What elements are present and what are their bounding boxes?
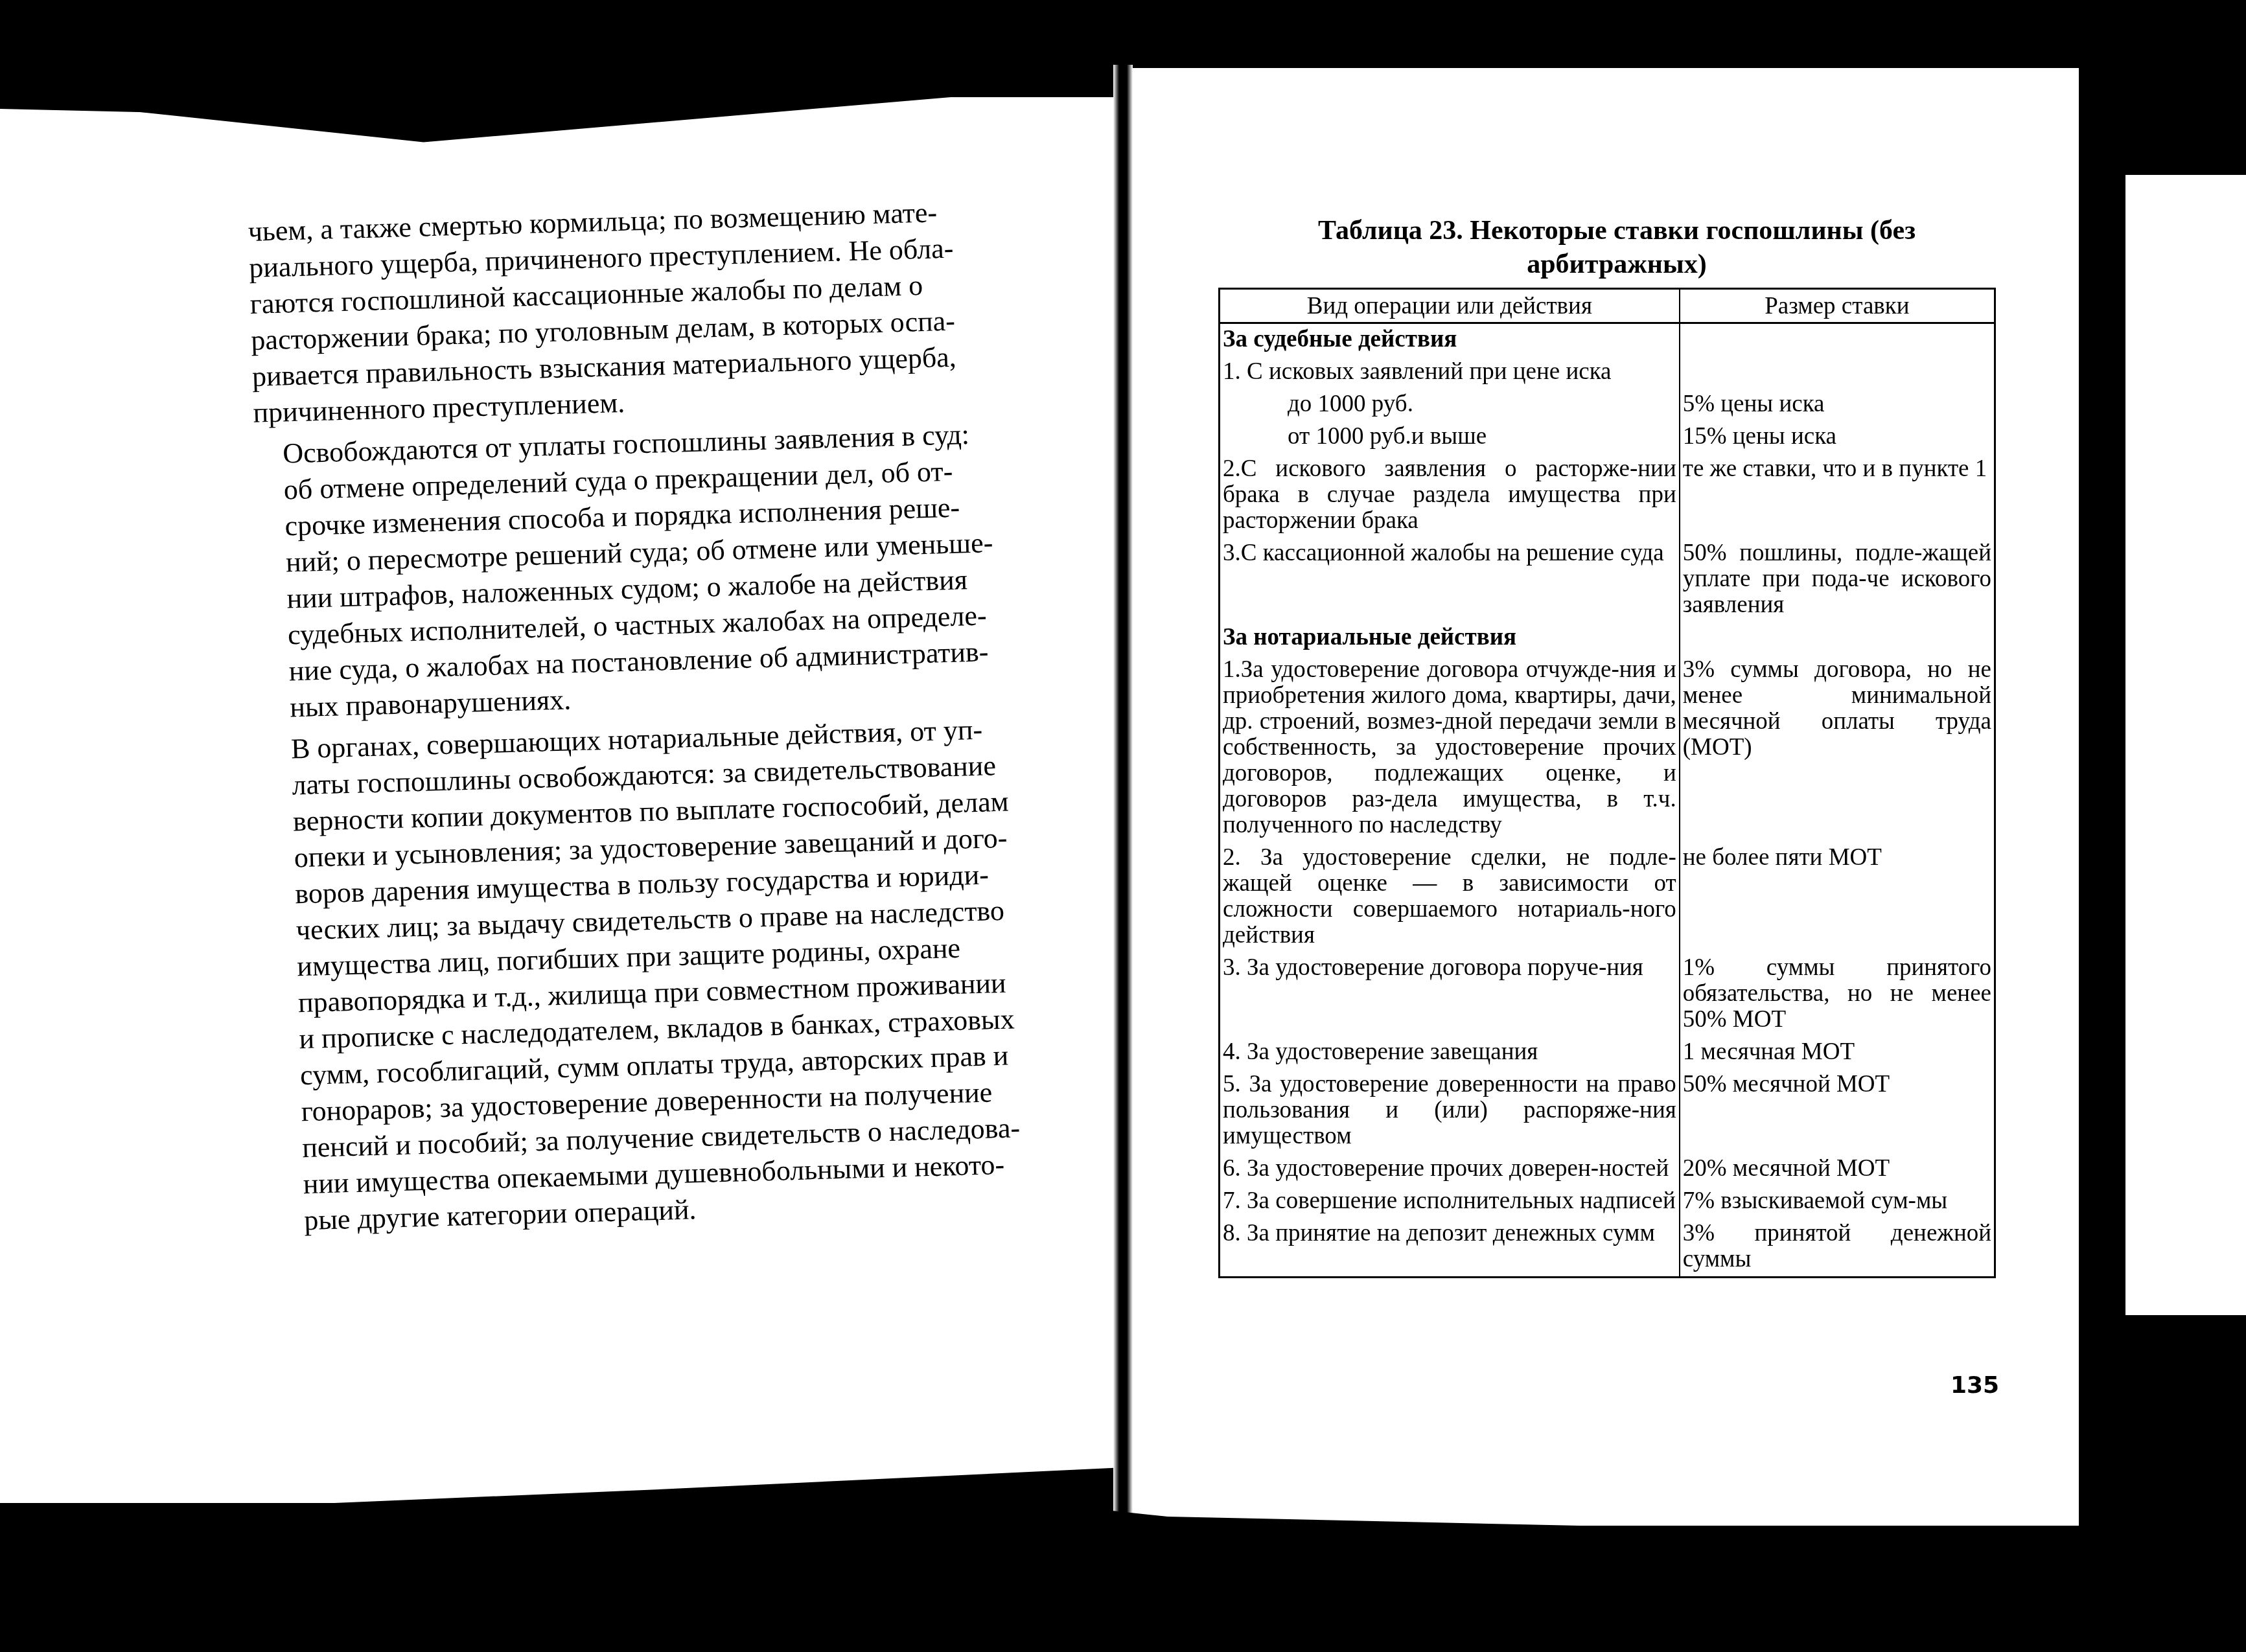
rate-cell: те же ставки, что и в пункте 1 bbox=[1680, 453, 1995, 538]
table-row: 1. С исковых заявлений при цене иска bbox=[1220, 356, 1995, 389]
operation-cell: 5. За удостоверение доверенности на прав… bbox=[1220, 1069, 1680, 1153]
table-row: от 1000 руб.и выше15% цены иска bbox=[1220, 421, 1995, 453]
table-row: 3. За удостоверение договора поруче-ния1… bbox=[1220, 952, 1995, 1037]
left-page-text: чьем, а также смертью кормильца; по возм… bbox=[248, 192, 1067, 1245]
book-spine bbox=[1113, 65, 1133, 1574]
table-row: 3.С кассационной жалобы на решение суда5… bbox=[1220, 538, 1995, 622]
table-row: 6. За удостоверение прочих доверен-носте… bbox=[1220, 1153, 1995, 1186]
table-section-row: За судебные действия bbox=[1220, 323, 1995, 357]
paragraph-1: чьем, а также смертью кормильца; по возм… bbox=[248, 192, 1044, 431]
rate-cell bbox=[1680, 356, 1995, 389]
table-row: 1.За удостоверение договора отчужде-ния … bbox=[1220, 654, 1995, 842]
operation-cell: 4. За удостоверение завещания bbox=[1220, 1037, 1680, 1069]
operation-cell: 3. За удостоверение договора поруче-ния bbox=[1220, 952, 1680, 1037]
page-edge-shadow bbox=[2079, 65, 2124, 1555]
operation-cell: 6. За удостоверение прочих доверен-носте… bbox=[1220, 1153, 1680, 1186]
operation-cell: 3.С кассационной жалобы на решение суда bbox=[1220, 538, 1680, 622]
operation-cell: 2.С искового заявления о расторже-нии бр… bbox=[1220, 453, 1680, 538]
rate-cell: не более пяти МОТ bbox=[1680, 842, 1995, 952]
table-row: 8. За принятие на депозит денежных сумм3… bbox=[1220, 1218, 1995, 1278]
paragraph-3: В органах, совершающих нотариальные дейс… bbox=[262, 710, 1066, 1240]
scan-background bbox=[2125, 175, 2246, 1315]
operation-cell: до 1000 руб. bbox=[1220, 389, 1680, 421]
rate-cell: 1% суммы принятого обязательства, но не … bbox=[1680, 952, 1995, 1037]
rate-cell bbox=[1680, 622, 1995, 654]
operation-cell: от 1000 руб.и выше bbox=[1220, 421, 1680, 453]
rate-cell: 3% суммы договора, но не менее минимальн… bbox=[1680, 654, 1995, 842]
table-row: 2. За удостоверение сделки, не подле-жащ… bbox=[1220, 842, 1995, 952]
rate-cell: 20% месячной МОТ bbox=[1680, 1153, 1995, 1186]
table-row: 4. За удостоверение завещания1 месячная … bbox=[1220, 1037, 1995, 1069]
table-row: до 1000 руб.5% цены иска bbox=[1220, 389, 1995, 421]
table-row: 5. За удостоверение доверенности на прав… bbox=[1220, 1069, 1995, 1153]
operation-cell: 8. За принятие на депозит денежных сумм bbox=[1220, 1218, 1680, 1278]
rate-cell: 3% принятой денежной суммы bbox=[1680, 1218, 1995, 1278]
rate-cell: 50% пошлины, подле-жащей уплате при пода… bbox=[1680, 538, 1995, 622]
table-row: 2.С искового заявления о расторже-нии бр… bbox=[1220, 453, 1995, 538]
rate-cell bbox=[1680, 323, 1995, 357]
operation-cell: 7. За совершение исполнительных надписей bbox=[1220, 1186, 1680, 1218]
rate-cell: 7% взыскиваемой сум-мы bbox=[1680, 1186, 1995, 1218]
rate-cell: 15% цены иска bbox=[1680, 421, 1995, 453]
operation-cell: 1.За удостоверение договора отчужде-ния … bbox=[1220, 654, 1680, 842]
table-row: 7. За совершение исполнительных надписей… bbox=[1220, 1186, 1995, 1218]
table-title: Таблица 23. Некоторые ставки госпошлины … bbox=[1251, 214, 1983, 281]
paragraph-2: Освобождаются от уплаты госпошлины заявл… bbox=[254, 415, 1052, 727]
column-header-rate: Размер ставки bbox=[1680, 289, 1995, 323]
rate-cell: 50% месячной МОТ bbox=[1680, 1069, 1995, 1153]
operation-cell: За нотариальные действия bbox=[1220, 622, 1680, 654]
fee-rates-table: Вид операции или действия Размер ставки … bbox=[1218, 288, 1996, 1278]
table-section-row: За нотариальные действия bbox=[1220, 622, 1995, 654]
table-title-line: арбитражных) bbox=[1251, 247, 1983, 281]
table-title-line: Таблица 23. Некоторые ставки госпошлины … bbox=[1251, 214, 1983, 247]
rate-cell: 1 месячная МОТ bbox=[1680, 1037, 1995, 1069]
table-body: За судебные действия1. С исковых заявлен… bbox=[1220, 323, 1995, 1278]
bottom-shadow bbox=[0, 1509, 2246, 1652]
rate-cell: 5% цены иска bbox=[1680, 389, 1995, 421]
column-header-operation: Вид операции или действия bbox=[1220, 289, 1680, 323]
operation-cell: За судебные действия bbox=[1220, 323, 1680, 357]
operation-cell: 2. За удостоверение сделки, не подле-жащ… bbox=[1220, 842, 1680, 952]
operation-cell: 1. С исковых заявлений при цене иска bbox=[1220, 356, 1680, 389]
page-number: 135 bbox=[1951, 1372, 1999, 1399]
table-header-row: Вид операции или действия Размер ставки bbox=[1220, 289, 1995, 323]
